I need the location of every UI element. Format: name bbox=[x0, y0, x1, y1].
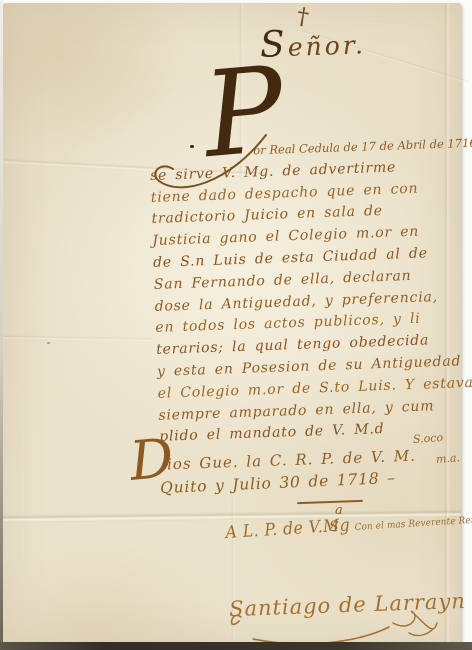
closing-superscript: S.oco bbox=[413, 431, 444, 446]
ink-speck bbox=[47, 342, 50, 344]
date-underline bbox=[297, 500, 363, 504]
date-line: Quito y Julio 30 de 1718 – bbox=[160, 469, 396, 497]
paper-sheet: † Señor. P or Real Cedula de 17 de Abril… bbox=[3, 3, 461, 643]
courtesy-text: Con el mas Reverente Rendim bbox=[354, 514, 472, 533]
scan-edge-left bbox=[0, 0, 3, 644]
courtesy-prefix: A L. P. de V.Mg bbox=[225, 515, 351, 543]
courtesy-line: A L. P. de V.MgCon el mas Reverente Rend… bbox=[225, 506, 472, 543]
manuscript-scan: † Señor. P or Real Cedula de 17 de Abril… bbox=[0, 0, 472, 650]
letter-body: or Real Cedula de 17 de Abril de 1716. s… bbox=[149, 132, 472, 448]
closing-superscript: m.a. bbox=[436, 451, 461, 466]
fold-crease bbox=[3, 335, 153, 343]
scan-edge-bottom bbox=[0, 642, 472, 650]
